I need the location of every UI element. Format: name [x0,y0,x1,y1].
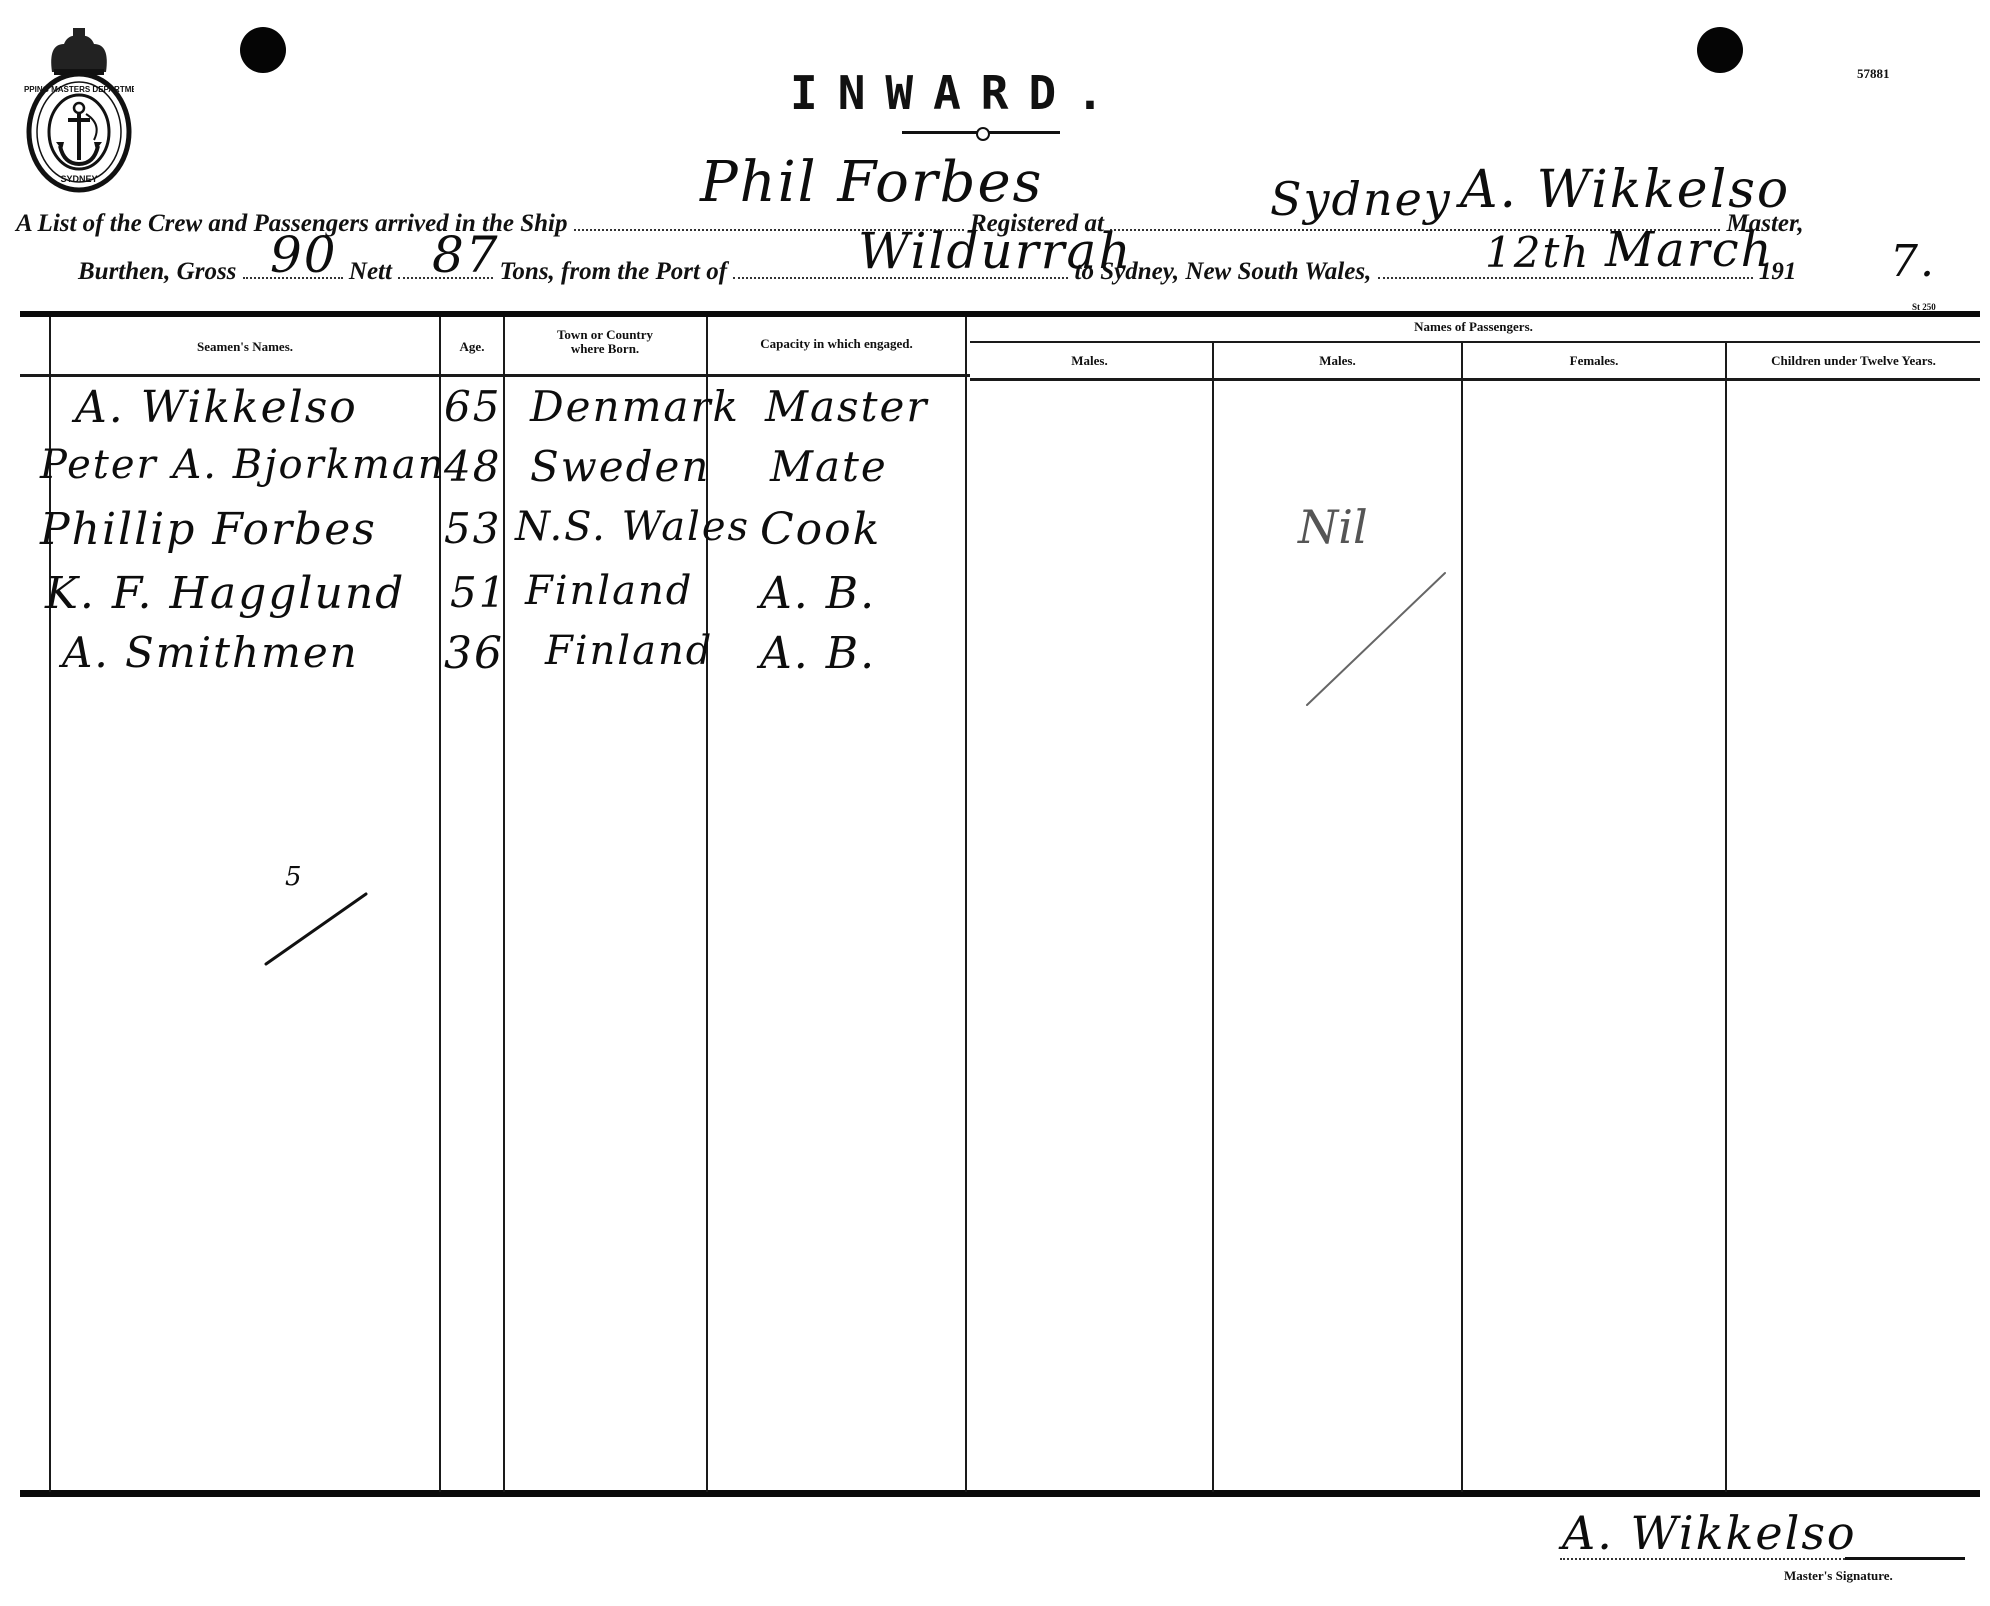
gross-tons-value: 90 [270,226,338,284]
crew-name: A. Wikkelso [75,382,358,433]
crew-name: K. F. Hagglund [45,568,405,619]
col-header-town-country: Town or Country where Born. [545,328,665,356]
date-day-value: 12th [1485,228,1590,277]
nett-tons-value: 87 [432,226,500,284]
crew-birthplace: Denmark [530,382,740,431]
crew-capacity: Cook [760,504,881,555]
col-header-females: Females. [1463,354,1725,368]
crew-capacity: Master [765,382,928,431]
col-header-age: Age. [441,340,503,354]
crew-name: Peter A. Bjorkman [40,442,445,488]
col-header-passengers-group: Names of Passengers. [967,320,1980,334]
crew-age: 48 [444,442,501,491]
crew-birthplace: Sweden [530,442,710,491]
crest-ring-text-bottom: SYDNEY [60,174,97,184]
punch-hole-right [1697,27,1743,73]
col-divider-males-males [1212,342,1214,1492]
col-header-seamen-names: Seamen's Names. [52,340,438,354]
burthen-gross-label: Burthen, Gross [78,258,236,285]
tally-slash-icon [260,880,370,970]
col-header-capacity: Capacity in which engaged. [708,337,965,351]
crest-ring-text-top: SHIPPING MASTERS DEPARTMENT [24,85,134,94]
crew-birthplace: Finland [545,628,713,674]
crew-capacity: A. B. [760,628,876,679]
serial-number: 57881 [1857,66,1890,82]
tons-from-port-label: Tons, from the Port of [499,258,727,285]
crew-name: A. Smithmen [62,628,359,677]
registered-port-value: Sydney [1270,172,1452,226]
crew-age: 53 [444,504,501,553]
passenger-header-rule [970,378,1980,381]
title-ornament-rule [902,131,1060,134]
crew-row-3: Phillip Forbes 53 N.S. Wales Cook [0,502,970,558]
nil-slash-icon [1300,565,1450,715]
date-month-value: March [1605,222,1774,278]
col-header-males-2: Males. [1214,354,1461,368]
crew-row-1: A. Wikkelso 65 Denmark Master [0,380,970,436]
from-port-value: Wildurrah [858,222,1133,280]
crew-row-2: Peter A. Bjorkman 48 Sweden Mate [0,440,970,496]
signature-label: Master's Signature. [1784,1568,1893,1584]
crew-birthplace: N.S. Wales [515,504,750,550]
crew-capacity: A. B. [760,568,876,619]
page-title: INWARD. [790,66,1124,120]
ship-name-value: Phil Forbes [700,150,1043,215]
year-suffix-value: 7. [1890,236,1936,287]
col-divider-females-children [1725,342,1727,1492]
shipping-masters-crest: SHIPPING MASTERS DEPARTMENT SYDNEY [24,14,134,184]
col-header-children: Children under Twelve Years. [1727,354,1980,368]
crew-birthplace: Finland [525,568,693,614]
crew-row-5: A. Smithmen 36 Finland A. B. [0,626,970,682]
crew-age: 36 [444,628,504,679]
crew-header-rule [20,374,970,377]
passengers-nil-note: Nil [1298,500,1368,554]
col-divider-males-females [1461,342,1463,1492]
nett-label: Nett [349,258,392,285]
table-bottom-rule [20,1490,1980,1497]
crew-name: Phillip Forbes [40,504,377,555]
punch-hole-left [240,27,286,73]
col-header-males-1: Males. [967,354,1212,368]
anchor-crown-crest-icon: SHIPPING MASTERS DEPARTMENT SYDNEY [24,14,134,194]
crew-row-4: K. F. Hagglund 51 Finland A. B. [0,566,970,622]
table-top-rule [20,311,1980,317]
crew-age: 51 [450,568,507,617]
master-name-value: A. Wikkelso [1460,160,1790,220]
crew-age: 65 [444,382,501,431]
crew-capacity: Mate [770,442,888,491]
master-signature: A. Wikkelso [1562,1506,1857,1560]
signature-line-end [1845,1557,1965,1560]
passenger-group-rule [970,341,1980,343]
